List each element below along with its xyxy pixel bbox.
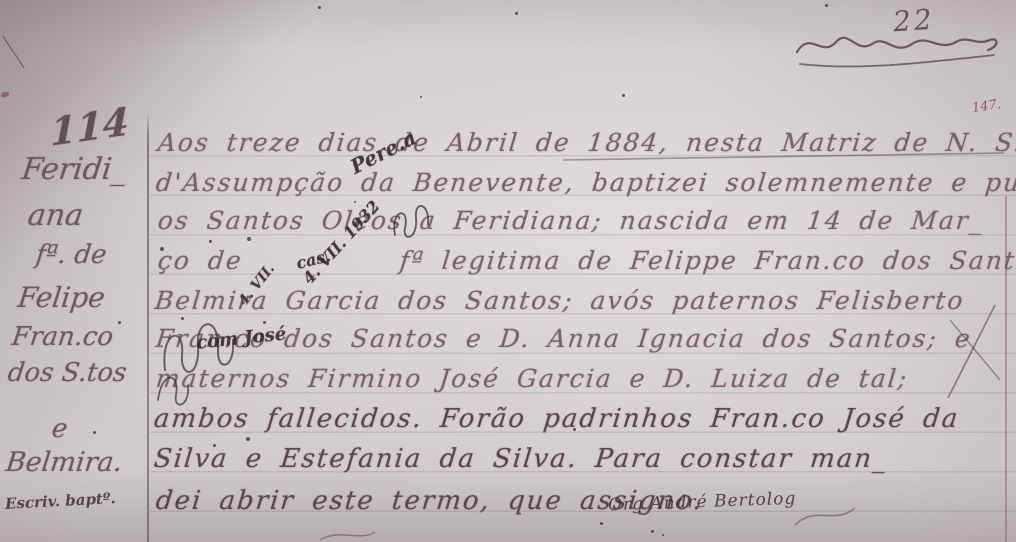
record-line-9: Silva e Estefania da Silva. Para constar…	[152, 444, 889, 474]
ink-speck	[825, 4, 828, 7]
margin-filiation-6: Belmira.	[4, 447, 124, 478]
record-line-1: Aos treze dias de Abril de 1884, nesta M…	[156, 128, 1016, 157]
bottom-partial-flourish-1	[795, 508, 855, 525]
record-line-4a: ço de	[156, 246, 244, 275]
ink-speck	[181, 317, 184, 320]
margin-filiation-2: Felipe	[16, 281, 107, 314]
ink-speck	[573, 428, 576, 431]
ink-speck	[246, 437, 250, 441]
ink-speck	[662, 534, 664, 536]
record-line-2: d'Assumpção da Benevente, baptizei solem…	[154, 168, 1016, 197]
record-line-7: maternos Firmino José Garcia e D. Luiza …	[154, 364, 909, 393]
ink-speck	[600, 522, 603, 525]
record-line-4b: fª legitima de Felippe Fran.co dos Santo…	[398, 246, 1016, 275]
folio-number: 147.	[971, 97, 1002, 116]
ink-speck	[213, 444, 216, 447]
margin-clerk-note: Escriv. baptº.	[5, 489, 116, 513]
margin-filiation-4: dos S.tos	[6, 358, 128, 388]
ink-speck	[209, 240, 212, 243]
ink-speck	[318, 6, 321, 9]
ink-speck	[93, 431, 96, 434]
page-number: 22	[892, 3, 936, 39]
margin-name-line-1: Feridi_	[20, 152, 129, 187]
ink-speck	[263, 321, 266, 324]
ink-speck	[622, 94, 625, 97]
margin-name-line-2: ana	[26, 198, 85, 233]
bottom-partial-flourish-2	[320, 532, 375, 540]
record-line-3: os Santos Oleos a Feridiana; nascida em …	[156, 206, 985, 235]
red-edge-mark	[0, 91, 9, 98]
scanned-baptism-record-page: 22 147. 114 Feridi_ ana fª. de Felipe Fr…	[0, 0, 1016, 542]
margin-divider-line	[147, 112, 149, 542]
ink-speck	[651, 530, 654, 533]
corner-pen-stroke	[3, 36, 24, 68]
record-line-8: ambos fallecidos. Forão padrinhos Fran.c…	[152, 404, 960, 434]
ink-speck	[420, 96, 422, 98]
margin-filiation-1: fª. de	[34, 240, 108, 270]
rubric-signature	[797, 38, 997, 52]
margin-entry-number: 114	[50, 98, 129, 154]
margin-filiation-3: Fran.co	[10, 322, 115, 352]
record-line-5: Belmira Garcia dos Santos; avós paternos…	[153, 286, 966, 315]
ink-speck	[515, 12, 518, 15]
ink-speck	[118, 321, 121, 324]
ink-speck	[247, 237, 251, 241]
margin-filiation-5: e	[50, 414, 69, 444]
rubric-underline	[800, 55, 994, 67]
ink-speck	[160, 247, 164, 251]
ink-speck	[354, 201, 356, 203]
